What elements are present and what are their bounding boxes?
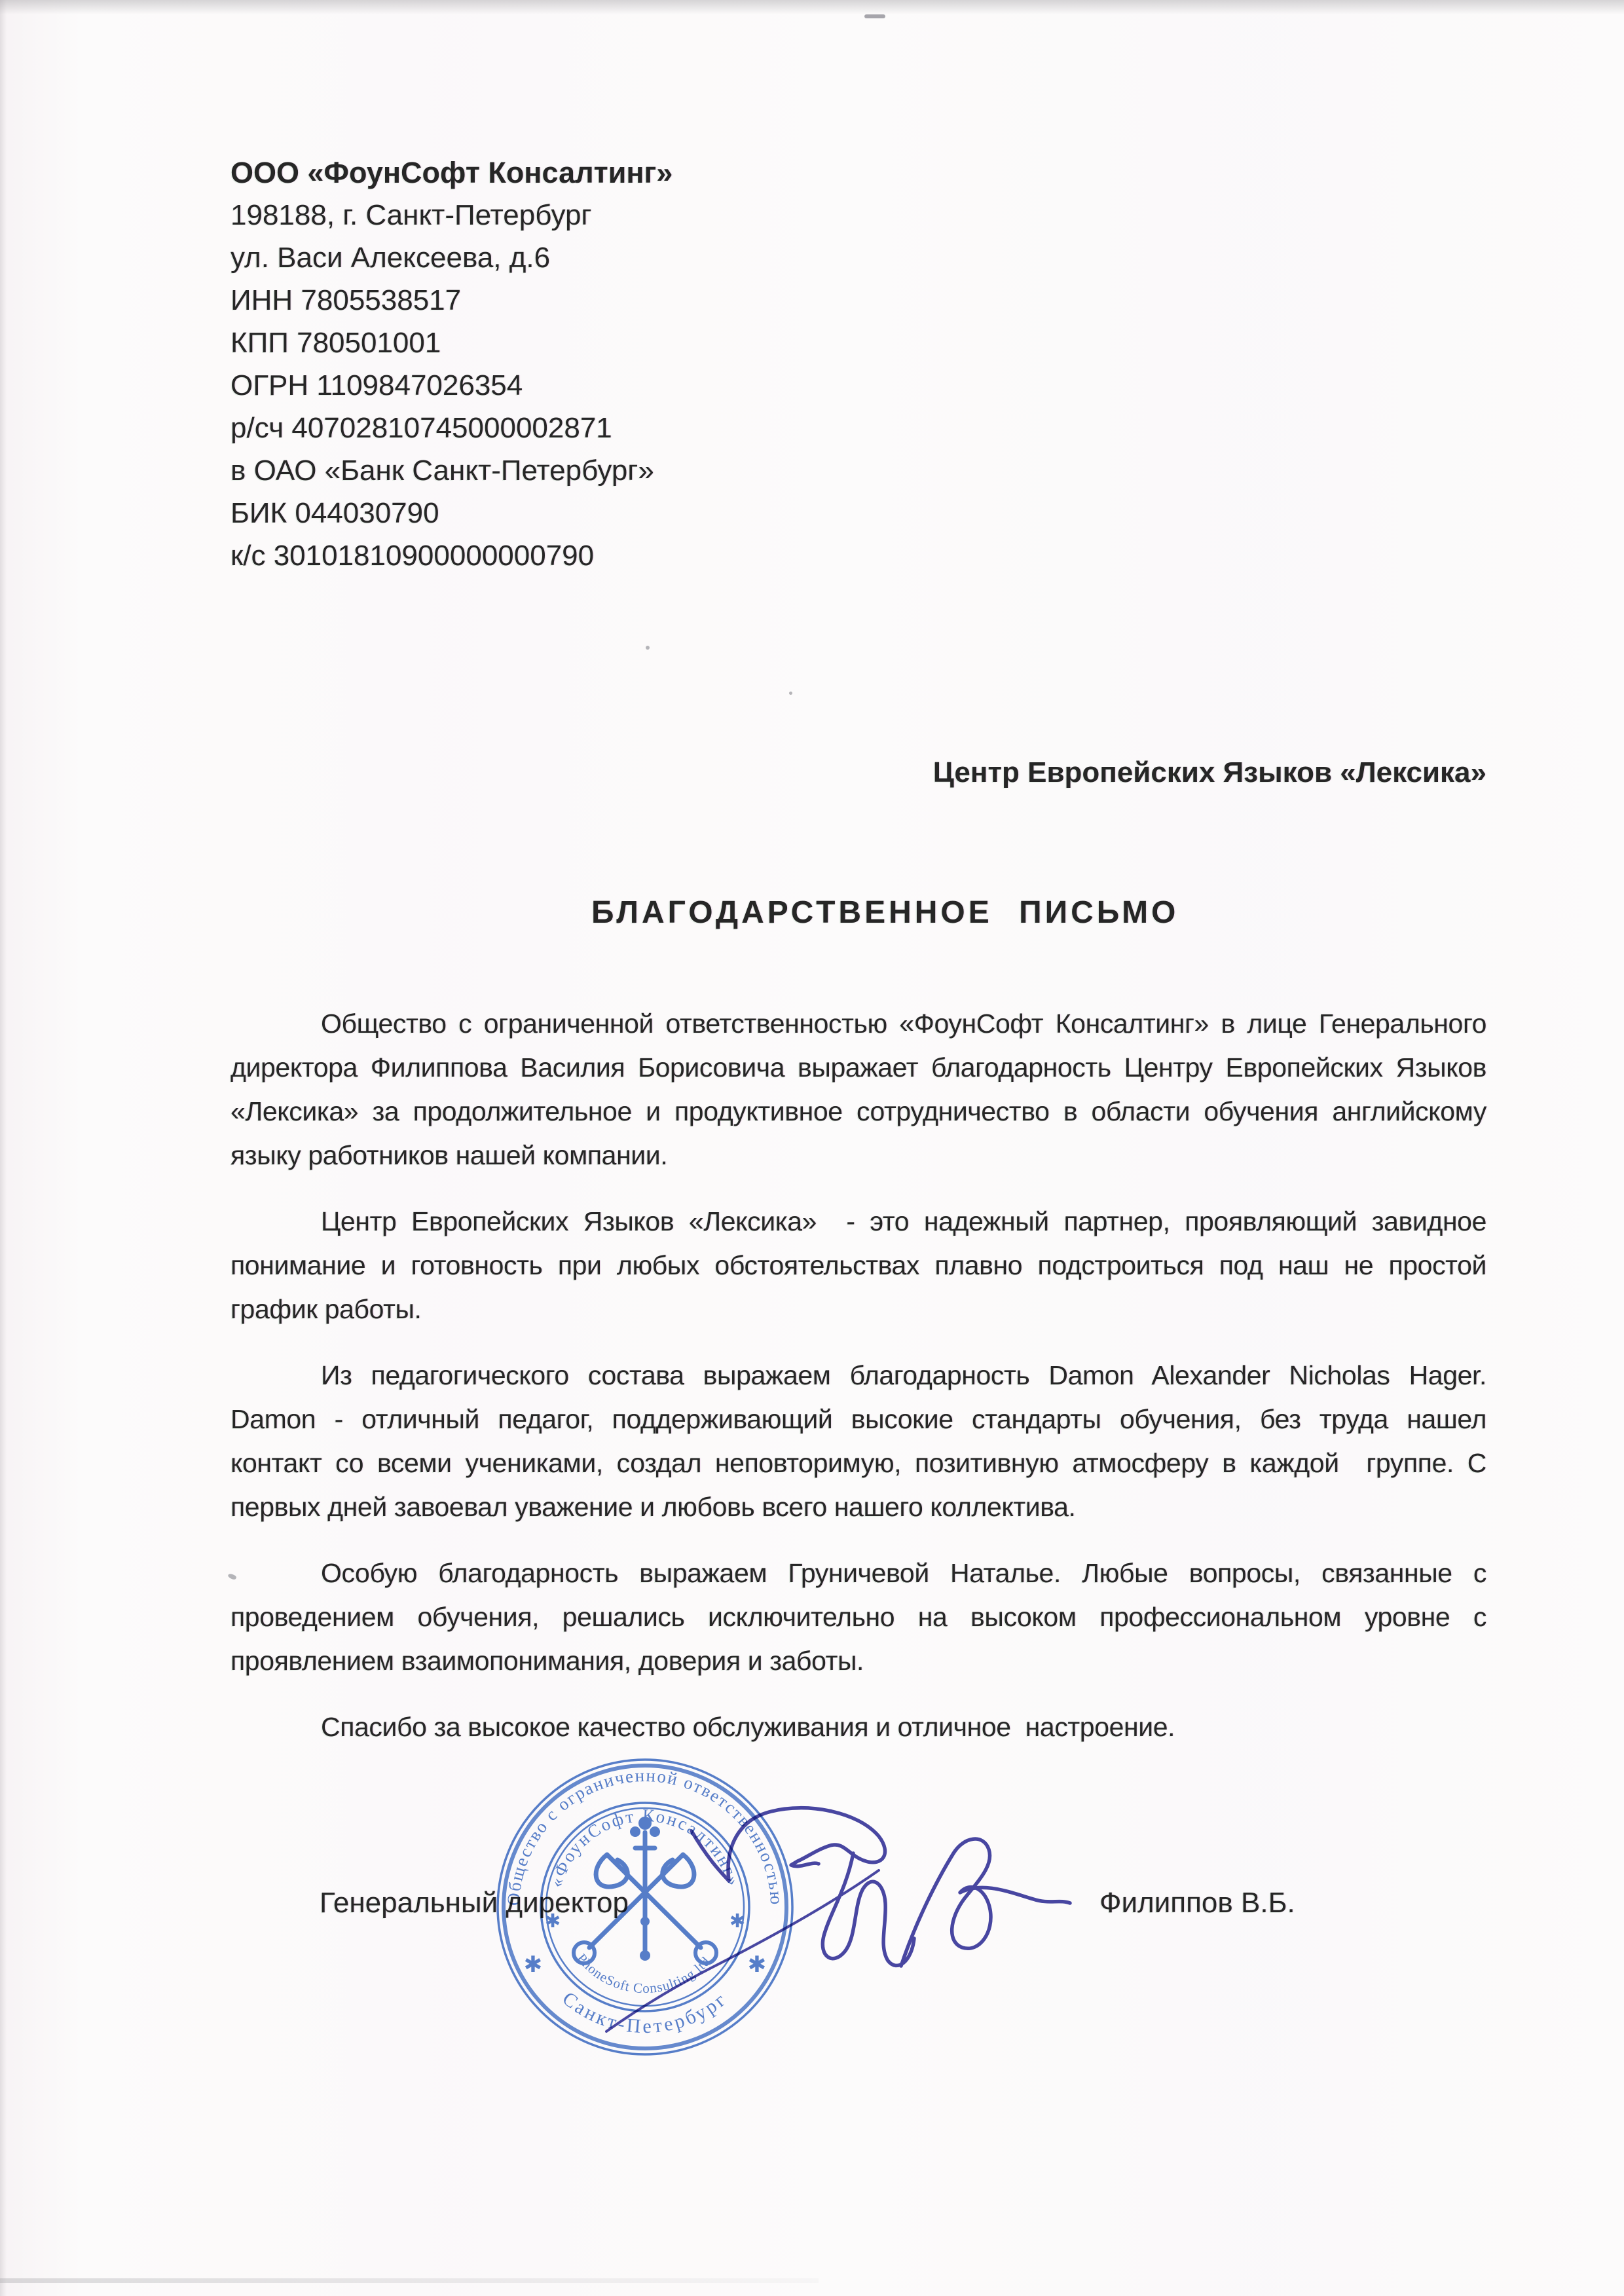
paragraph-line: проведением обучения, решались исключите… [231,1595,1486,1639]
paragraph-line: Damon - отличный педагог, поддерживающий… [231,1398,1486,1441]
sender-requisites: ООО «ФоунСофт Консалтинг» 198188, г. Сан… [231,151,673,577]
stamp-star-icon: ✱ [748,1952,767,1978]
paragraph: Центр Европейских Языков «Лексика» - это… [231,1200,1486,1331]
paragraph-line: график работы. [231,1287,1486,1331]
paragraph-line: Центр Европейских Языков «Лексика» - это… [231,1200,1486,1244]
signature-stroke [901,1839,1070,1966]
paragraph-line: Из педагогического состава выражаем благ… [231,1354,1486,1398]
sender-info-line: ОГРН 1109847026354 [231,364,673,407]
paragraph-line: первых дней завоевал уважение и любовь в… [231,1485,1486,1529]
sender-info-line: к/с 30101810900000000790 [231,534,673,577]
scan-speck [646,646,650,650]
company-stamp: Общество с ограниченной ответственностью… [488,1750,802,2064]
scan-artifact-bottom [0,2278,819,2283]
sender-info-line: р/сч 40702810745000002871 [231,407,673,449]
sender-company-name: ООО «ФоунСофт Консалтинг» [231,151,673,194]
recipient-line: Центр Европейских Языков «Лексика» [231,756,1486,789]
sender-requisites-lines: 198188, г. Санкт-Петербургул. Васи Алекс… [231,194,673,577]
paragraph-line: Общество с ограниченной ответственностью… [231,1002,1486,1046]
paragraph-line: «Лексика» за продолжительное и продуктив… [231,1090,1486,1134]
scan-artifact-dash [864,14,885,18]
sender-info-line: КПП 780501001 [231,322,673,364]
paragraph-line: проявлением взаимопонимания, доверия и з… [231,1639,1486,1683]
letter-page: ООО «ФоунСофт Консалтинг» 198188, г. Сан… [0,0,1624,2296]
letter-title: БЛАГОДАРСТВЕННОЕ ПИСЬМО [591,895,1179,931]
paragraph-line: Спасибо за высокое качество обслуживания… [231,1705,1486,1749]
signatory-name: Филиппов В.Б. [1099,1883,1295,1923]
sender-info-line: ул. Васи Алексеева, д.6 [231,236,673,279]
scan-artifact-left [0,0,7,2296]
sender-info-line: БИК 044030790 [231,492,673,534]
signature-stroke [822,1853,914,1965]
scan-artifact-top [0,0,1624,14]
paragraph-line: контакт со всеми учениками, создал непов… [231,1441,1486,1485]
stamp-star-icon: ✱ [545,1910,561,1932]
paragraph: Спасибо за высокое качество обслуживания… [231,1705,1486,1749]
sender-info-line: ИНН 7805538517 [231,279,673,322]
paragraph: Из педагогического состава выражаем благ… [231,1354,1486,1529]
sender-info-line: 198188, г. Санкт-Петербург [231,194,673,236]
paragraph-line: Особую благодарность выражаем Груничевой… [231,1551,1486,1595]
scan-speck [789,692,792,695]
sender-info-line: в ОАО «Банк Санкт-Петербург» [231,449,673,492]
stamp-anchor-emblem-icon [574,1832,716,1963]
stamp-star-icon: ✱ [524,1952,543,1978]
paragraph: Особую благодарность выражаем Груничевой… [231,1551,1486,1683]
letter-body: Общество с ограниченной ответственностью… [231,1002,1486,1771]
paragraph-line: понимание и готовность при любых обстоят… [231,1244,1486,1287]
paragraph: Общество с ограниченной ответственностью… [231,1002,1486,1177]
stamp-star-icon: ✱ [729,1910,745,1932]
paragraph-line: языку работников нашей компании. [231,1134,1486,1177]
paragraph-line: директора Филиппова Василия Борисовича в… [231,1046,1486,1090]
